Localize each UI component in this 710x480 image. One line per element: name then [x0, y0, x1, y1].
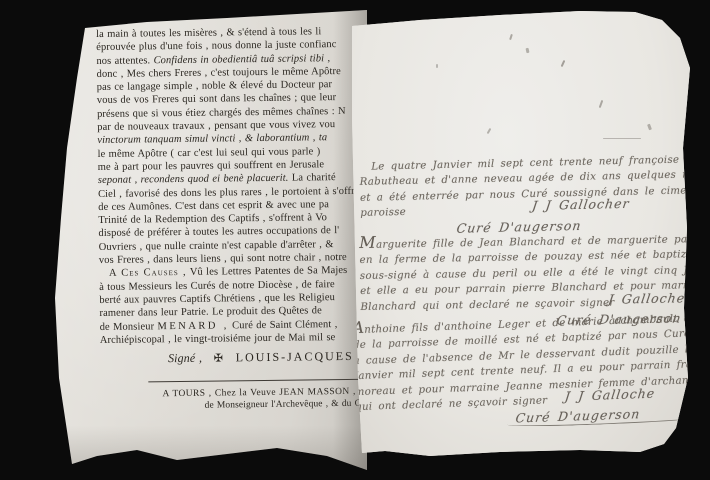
witness-signature: J J Galloche — [564, 386, 656, 405]
printed-text: nos attentes. — [96, 55, 153, 67]
smallcaps-text: A Ces Causes , — [109, 267, 187, 279]
maltese-cross-icon: ✠ — [214, 353, 223, 365]
printed-text: me à part pour les pauvres qui souffrent… — [98, 159, 325, 173]
register-entry-burial: Le quatre Janvier mil sept cent trente n… — [359, 152, 703, 240]
ink-speck — [647, 124, 652, 131]
register-entry-baptism-anthoine: Anthoine fils d'anthoine Leger et de mar… — [352, 308, 706, 434]
printed-text: ramener dans leur Patrie. Le produit des… — [99, 305, 321, 319]
witness-signature: J Gallocher — [607, 290, 693, 307]
ink-stroke — [603, 138, 641, 139]
latin-quote: vinctorum tanquam simul vincti , & labor… — [97, 133, 327, 147]
name-caps: MENARD , — [157, 320, 228, 332]
latin-quote: seponat , recondens quod ei benè placuer… — [98, 173, 289, 186]
printed-text: vous de vos Freres qui sont dans les cha… — [97, 93, 336, 107]
ink-speck — [599, 100, 604, 108]
ink-speck — [487, 128, 492, 134]
signed-label: Signé , — [168, 351, 202, 365]
ink-speck — [561, 60, 566, 67]
archbishop-name: LOUIS-JACQUES , — [236, 349, 365, 365]
printed-text: Vû les Lettres Patentes de Sa Majes — [187, 265, 348, 278]
right-page-manuscript: Le quatre Janvier mil sept cent trente n… — [348, 6, 704, 468]
manuscript-text: Blanchard qui ont declaré ne sçavoir sig… — [360, 297, 614, 312]
printed-text: Curé de Saint Clément , — [229, 319, 338, 331]
printed-text: le même Apôtre ( car c'est lui seul qui … — [97, 146, 320, 160]
ink-speck — [509, 34, 513, 40]
printed-text: disposé de préférer à toutes les autres … — [98, 225, 339, 239]
archival-scan: la main à toutes les misères , & s'étend… — [0, 0, 710, 480]
printed-text: La charité — [288, 172, 335, 184]
latin-quote: Confidens in obedientiâ tuâ scripsi tibi… — [153, 53, 330, 66]
printed-text: la main à toutes les misères , & s'étend… — [96, 26, 321, 40]
ink-speck — [436, 64, 438, 68]
printed-text: de Monsieur — [100, 321, 158, 333]
printed-text: Archiépiscopal , le vingt-troisiéme jour… — [100, 332, 336, 346]
left-page-printed: la main à toutes les misères , & s'étend… — [52, 8, 367, 472]
cure-signature: Curé D'augerson — [515, 407, 642, 427]
witness-signature: J J Gallocher — [531, 196, 630, 214]
ink-speck — [526, 48, 530, 54]
printed-text: éprouvée plus d'une fois , nous donne la… — [96, 39, 336, 53]
manuscript-text: paroisse — [360, 207, 406, 219]
